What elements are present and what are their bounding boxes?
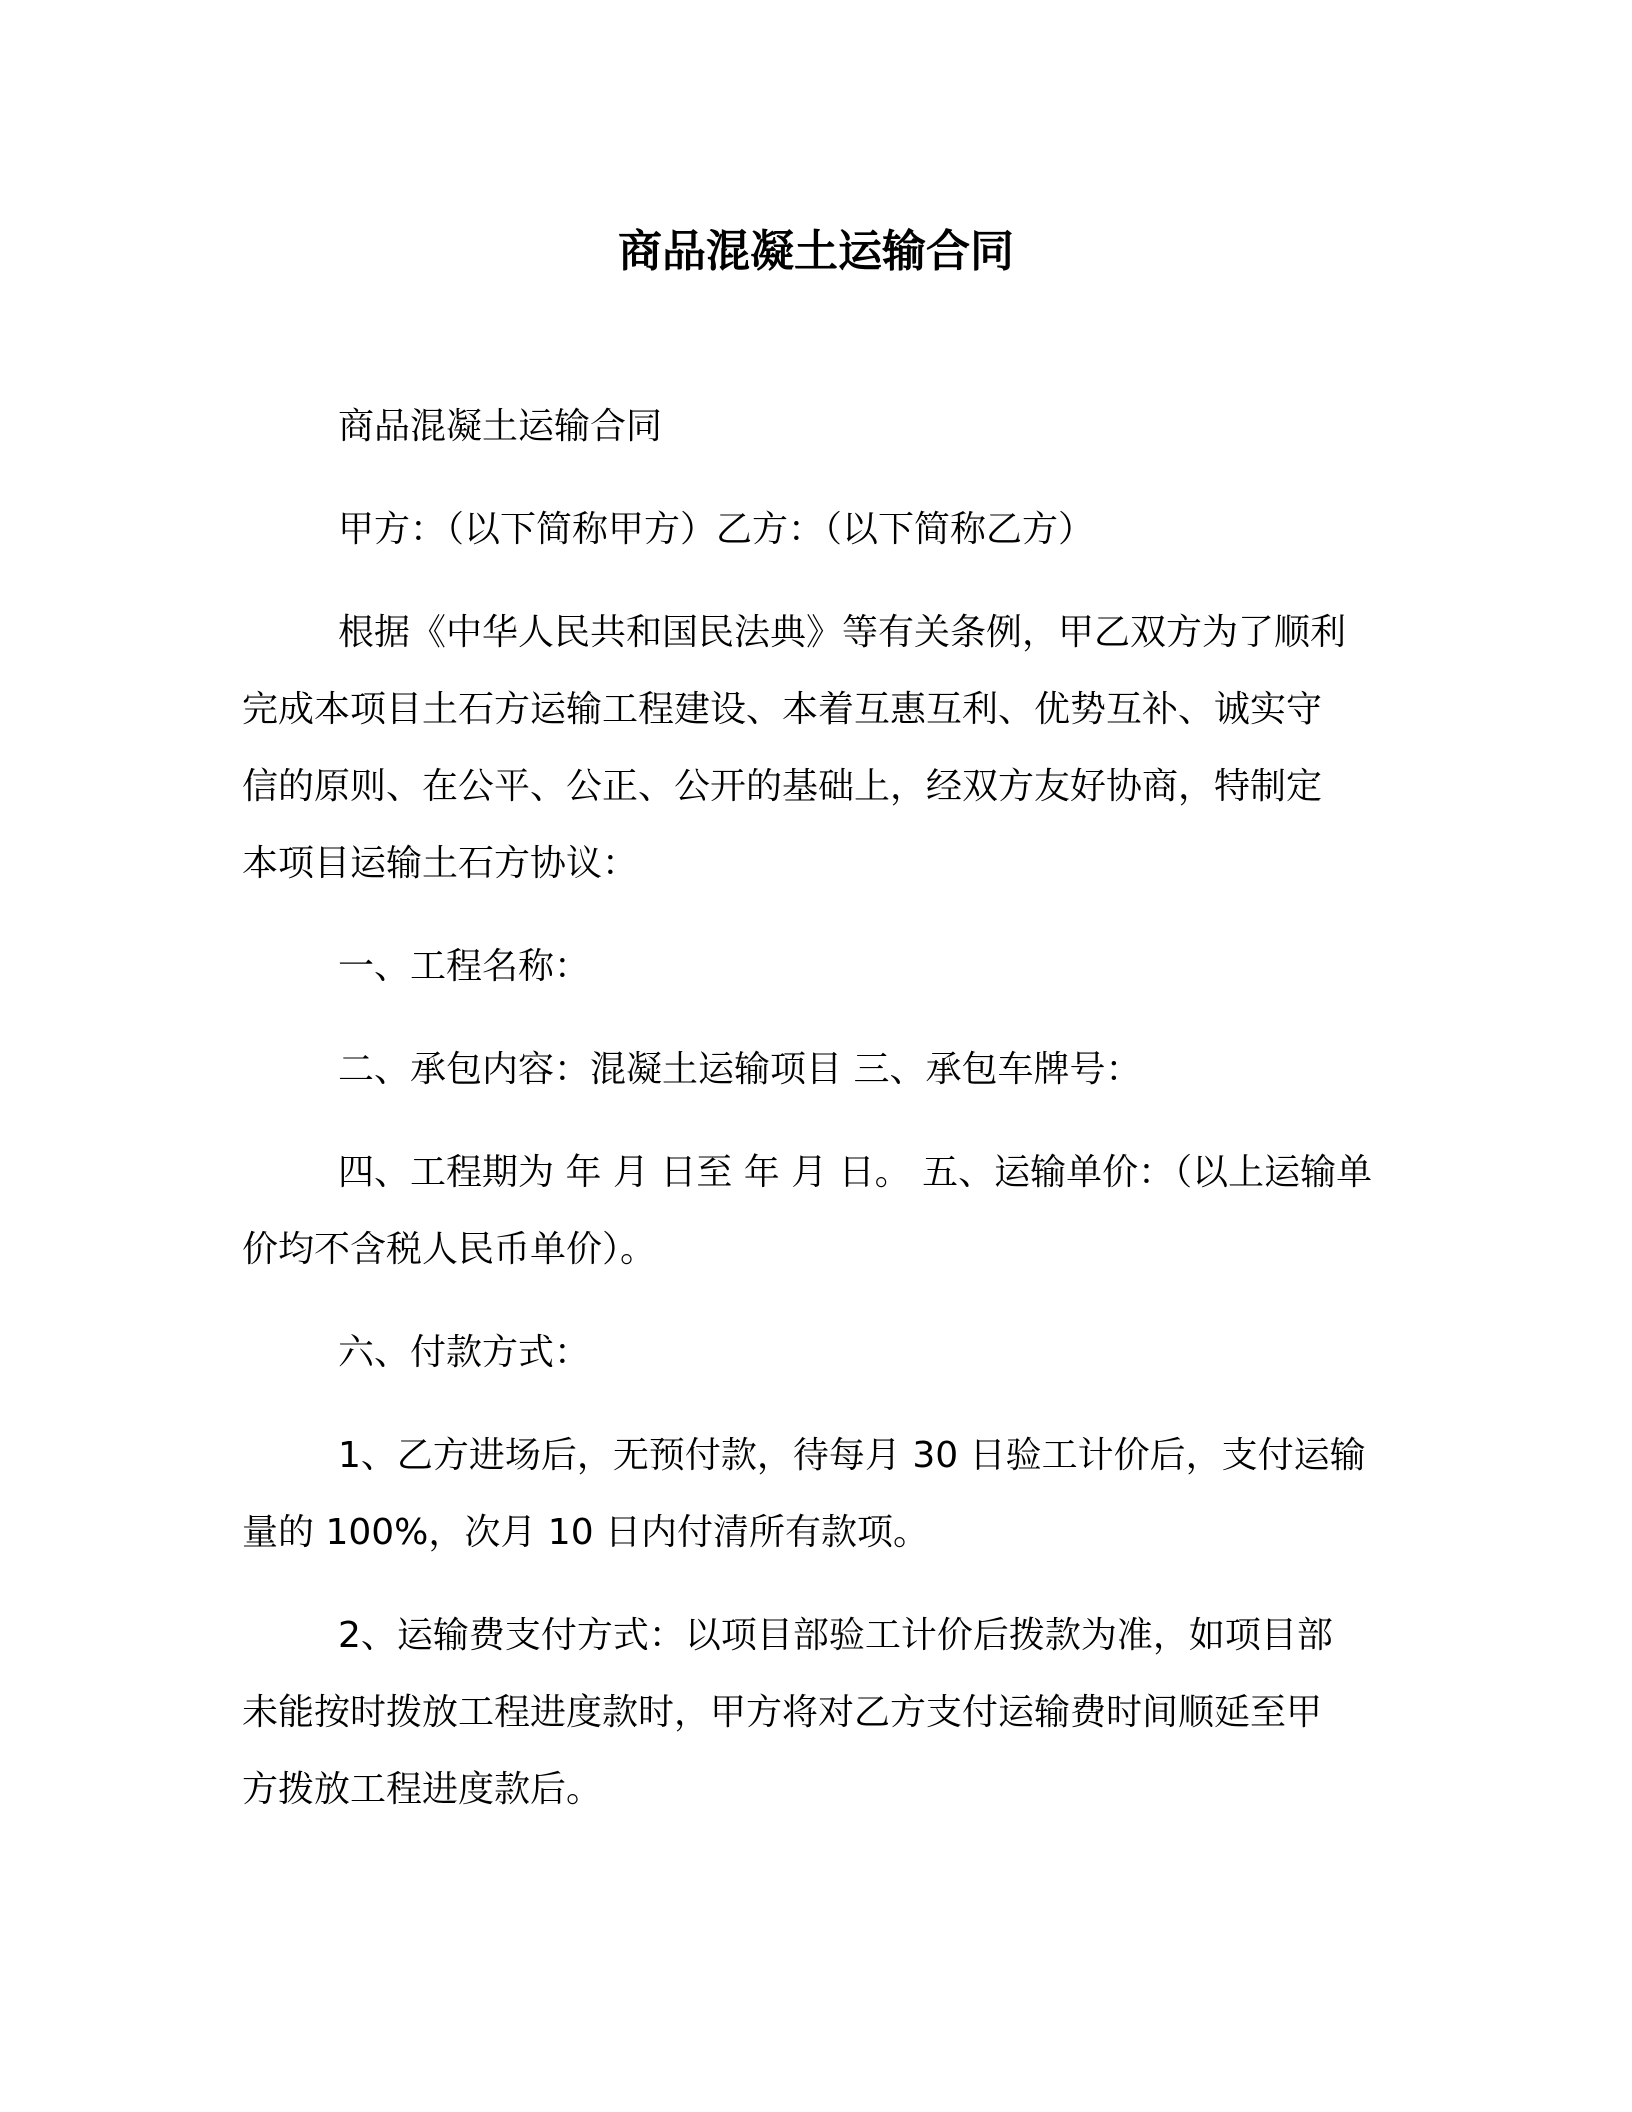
paragraph-line: 本项目运输土石方协议： <box>242 825 1392 902</box>
paragraph-line: 四、工程期为 年 月 日至 年 月 日。 五、运输单价：（以上运输单 <box>242 1134 1392 1211</box>
payment-clause-2: 2、运输费支付方式：以项目部验工计价后拨款为准，如项目部 未能按时拨放工程进度款… <box>242 1597 1392 1828</box>
paragraph-subtitle: 商品混凝土运输合同 <box>242 388 1392 465</box>
paragraph-line: 价均不含税人民币单价）。 <box>242 1211 1392 1288</box>
document-body: 商品混凝土运输合同 甲方：（以下简称甲方）乙方：（以下简称乙方） 根据《中华人民… <box>242 388 1392 1854</box>
document-page: 商品混凝土运输合同 商品混凝土运输合同 甲方：（以下简称甲方）乙方：（以下简称乙… <box>0 0 1632 2112</box>
paragraph-line: 1、乙方进场后，无预付款，待每月 30 日验工计价后，支付运输 <box>242 1417 1392 1494</box>
paragraph-line: 量的 100%，次月 10 日内付清所有款项。 <box>242 1494 1392 1571</box>
paragraph-line: 一、工程名称： <box>242 928 1392 1005</box>
paragraph-line: 二、承包内容：混凝土运输项目 三、承包车牌号： <box>242 1031 1392 1108</box>
paragraph-line: 甲方：（以下简称甲方）乙方：（以下简称乙方） <box>242 491 1392 568</box>
paragraph-line: 根据《中华人民共和国民法典》等有关条例，甲乙双方为了顺利 <box>242 594 1392 671</box>
paragraph-line: 商品混凝土运输合同 <box>242 388 1392 465</box>
section-project-name: 一、工程名称： <box>242 928 1392 1005</box>
paragraph-line: 未能按时拨放工程进度款时，甲方将对乙方支付运输费时间顺延至甲 <box>242 1674 1392 1751</box>
paragraph-line: 完成本项目土石方运输工程建设、本着互惠互利、优势互补、诚实守 <box>242 671 1392 748</box>
paragraph-parties: 甲方：（以下简称甲方）乙方：（以下简称乙方） <box>242 491 1392 568</box>
document-title: 商品混凝土运输合同 <box>0 222 1632 282</box>
section-contract-content: 二、承包内容：混凝土运输项目 三、承包车牌号： <box>242 1031 1392 1108</box>
paragraph-line: 信的原则、在公平、公正、公开的基础上，经双方友好协商，特制定 <box>242 748 1392 825</box>
paragraph-line: 方拨放工程进度款后。 <box>242 1751 1392 1828</box>
paragraph-line: 六、付款方式： <box>242 1314 1392 1391</box>
section-payment-method: 六、付款方式： <box>242 1314 1392 1391</box>
section-period-and-price: 四、工程期为 年 月 日至 年 月 日。 五、运输单价：（以上运输单 价均不含税… <box>242 1134 1392 1288</box>
paragraph-preamble: 根据《中华人民共和国民法典》等有关条例，甲乙双方为了顺利 完成本项目土石方运输工… <box>242 594 1392 902</box>
payment-clause-1: 1、乙方进场后，无预付款，待每月 30 日验工计价后，支付运输 量的 100%，… <box>242 1417 1392 1571</box>
paragraph-line: 2、运输费支付方式：以项目部验工计价后拨款为准，如项目部 <box>242 1597 1392 1674</box>
